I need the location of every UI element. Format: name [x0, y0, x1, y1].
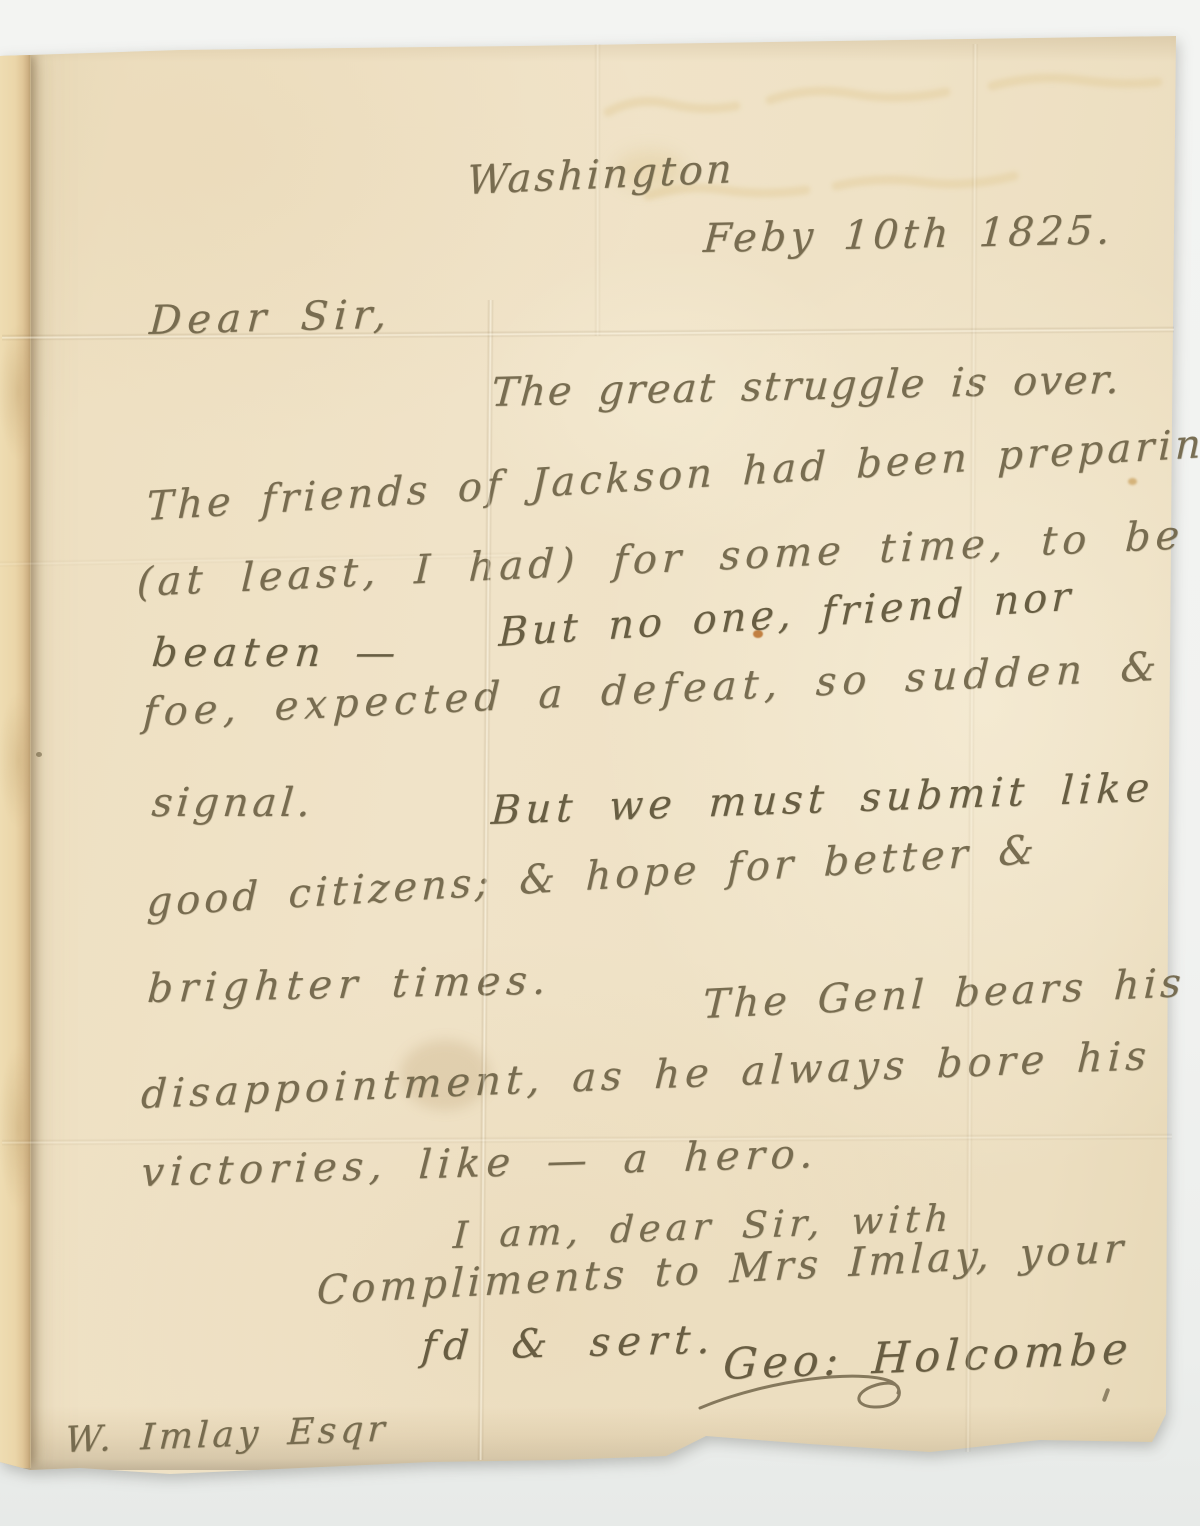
signature-flourish-stroke [700, 1376, 899, 1408]
scanned-letter-photo: Washington Feby 10th 1825. Dear Sir, The… [0, 0, 1200, 1526]
signature-flourish [0, 0, 1200, 1526]
handwriting-layer: Washington Feby 10th 1825. Dear Sir, The… [0, 0, 1200, 1526]
